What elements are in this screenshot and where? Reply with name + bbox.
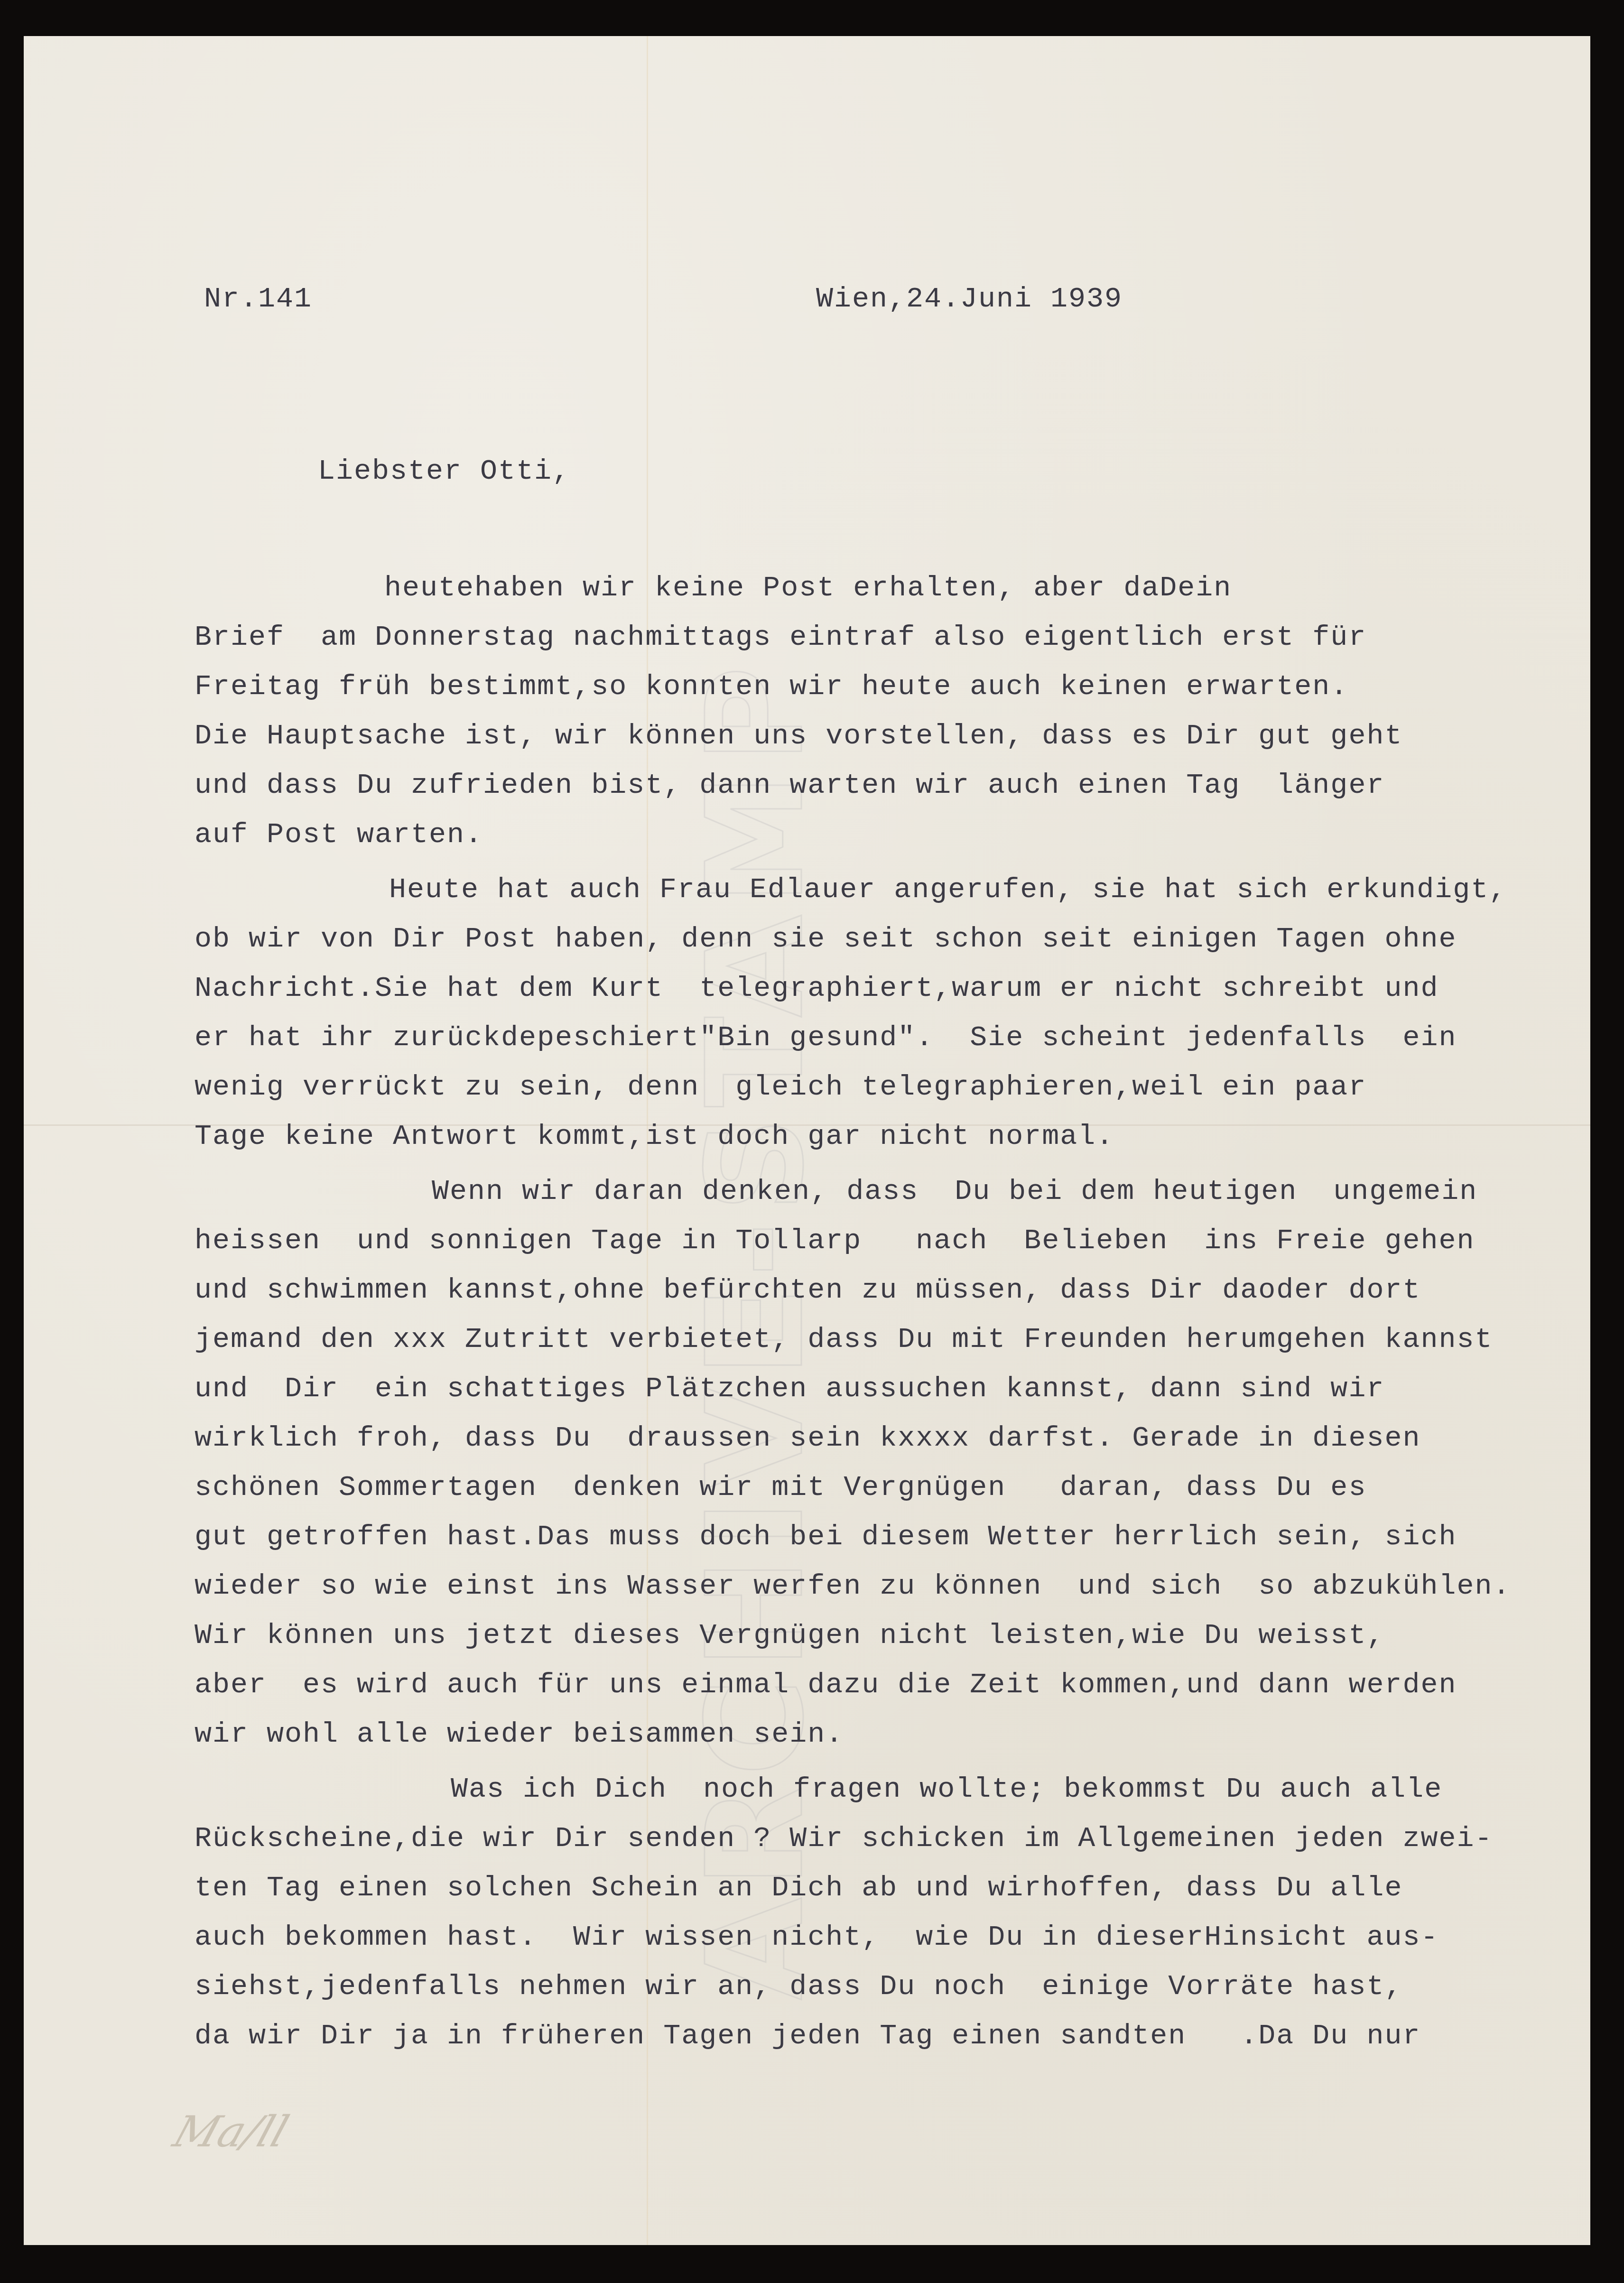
- body-line: Nachricht.Sie hat dem Kurt telegraphiert…: [195, 974, 1438, 1003]
- body-line: auf Post warten.: [195, 821, 483, 849]
- body-line: ten Tag einen solchen Schein an Dich ab …: [195, 1874, 1402, 1902]
- handwritten-pencil-mark: Ma/ll: [167, 2107, 295, 2157]
- body-line: auch bekommen hast. Wir wissen nicht, wi…: [195, 1923, 1438, 1952]
- body-line: Wenn wir daran denken, dass Du bei dem h…: [432, 1178, 1477, 1206]
- body-line: Freitag früh bestimmt,so konnten wir heu…: [195, 673, 1348, 701]
- body-line: wieder so wie einst ins Wasser werfen zu…: [195, 1572, 1511, 1601]
- letter-number: Nr.141: [204, 285, 312, 314]
- body-line: siehst,jedenfalls nehmen wir an, dass Du…: [195, 1973, 1402, 2001]
- body-line: und schwimmen kannst,ohne befürchten zu …: [195, 1276, 1420, 1305]
- place-and-date: Wien,24.Juni 1939: [816, 285, 1123, 314]
- body-line: gut getroffen hast.Das muss doch bei die…: [195, 1523, 1457, 1551]
- body-line: er hat ihr zurückdepeschiert"Bin gesund"…: [195, 1024, 1457, 1052]
- body-line: jemand den xxx Zutritt verbietet, dass D…: [195, 1326, 1493, 1354]
- body-line: wir wohl alle wieder beisammen sein.: [195, 1720, 844, 1749]
- body-line: schönen Sommertagen denken wir mit Vergn…: [195, 1474, 1366, 1502]
- letter-page: ARCHIVE-STAMP Nr.141 Wien,24.Juni 1939 L…: [24, 36, 1590, 2245]
- body-line: Heute hat auch Frau Edlauer angerufen, s…: [389, 876, 1507, 904]
- body-line: und Dir ein schattiges Plätzchen aussuch…: [195, 1375, 1384, 1403]
- body-line: Tage keine Antwort kommt,ist doch gar ni…: [195, 1123, 1114, 1151]
- body-line: ob wir von Dir Post haben, denn sie seit…: [195, 925, 1457, 954]
- body-line: wirklich froh, dass Du draussen sein kxx…: [195, 1424, 1420, 1453]
- body-line: wenig verrückt zu sein, denn gleich tele…: [195, 1073, 1366, 1102]
- salutation: Liebster Otti,: [318, 457, 570, 486]
- body-line: Was ich Dich noch fragen wollte; bekomms…: [451, 1775, 1442, 1804]
- body-line: Die Hauptsache ist, wir können uns vorst…: [195, 722, 1402, 751]
- body-line: und dass Du zufrieden bist, dann warten …: [195, 771, 1384, 800]
- body-line: Rückscheine,die wir Dir senden ? Wir sch…: [195, 1825, 1493, 1853]
- body-line: Wir können uns jetzt dieses Vergnügen ni…: [195, 1622, 1384, 1650]
- body-line: heissen und sonnigen Tage in Tollarp nac…: [195, 1227, 1475, 1255]
- body-line: da wir Dir ja in früheren Tagen jeden Ta…: [195, 2022, 1420, 2051]
- body-line: Brief am Donnerstag nachmittags eintraf …: [195, 623, 1366, 652]
- body-line: heutehaben wir keine Post erhalten, aber…: [384, 574, 1232, 603]
- body-line: aber es wird auch für uns einmal dazu di…: [195, 1671, 1457, 1699]
